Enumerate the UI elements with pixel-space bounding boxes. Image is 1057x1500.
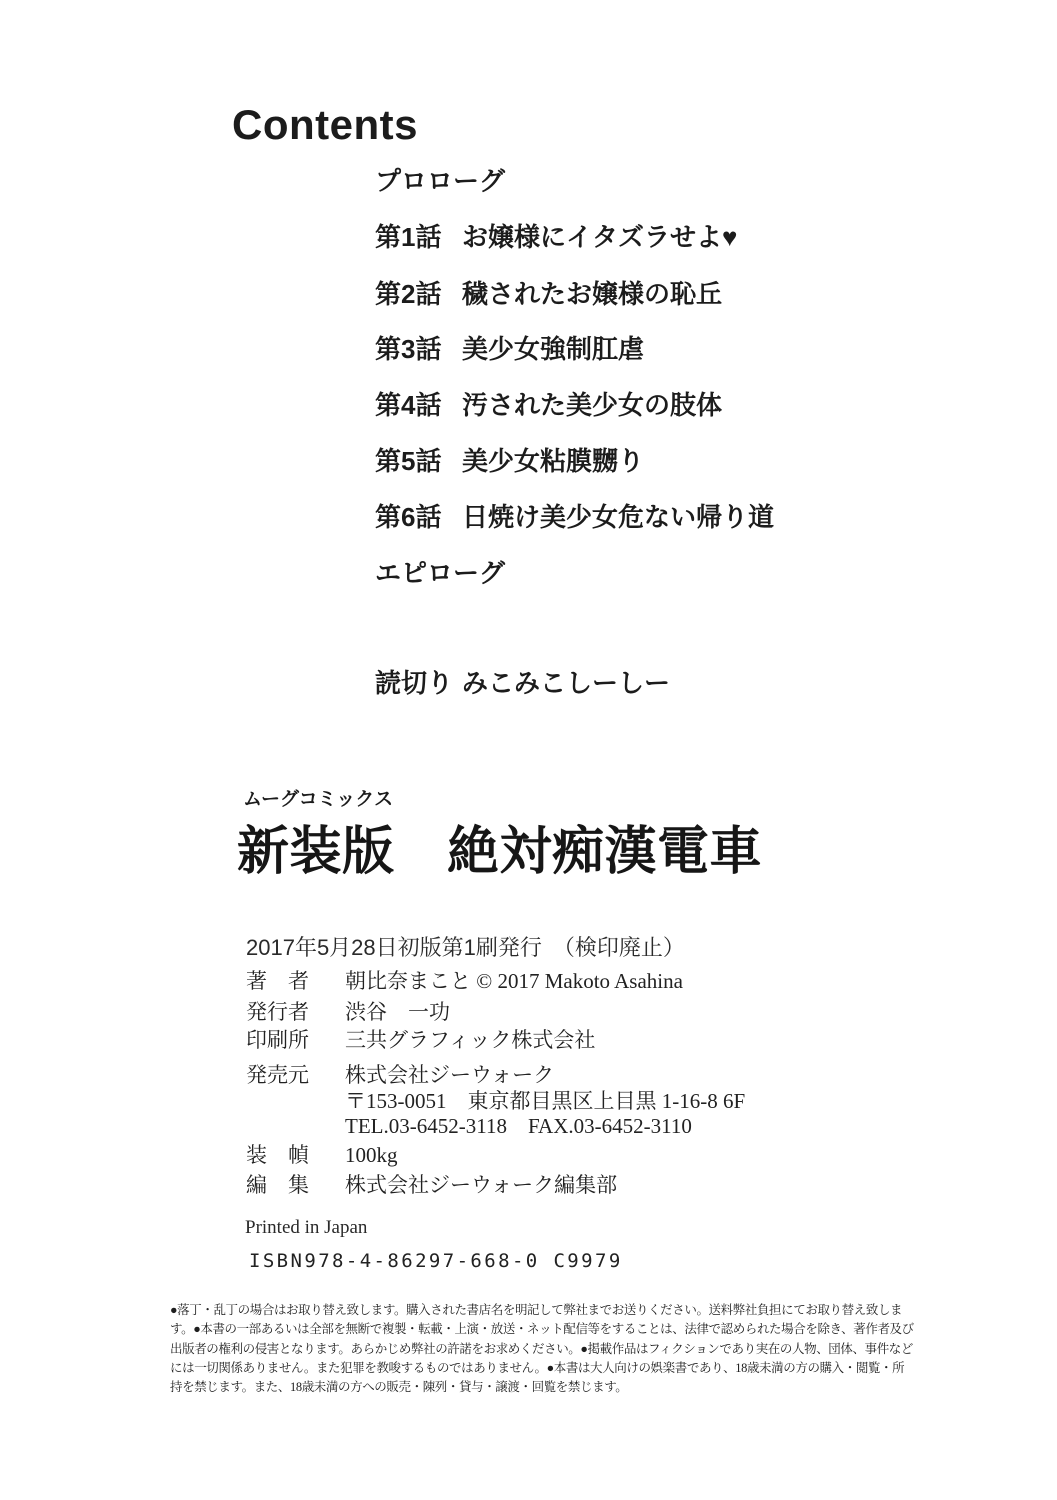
colophon-label: 著 者: [246, 971, 309, 992]
colophon-label: 装 幀: [246, 1145, 309, 1166]
toc-item-title: 美少女強制肛虐: [462, 336, 644, 362]
book-title: 新装版 絶対痴漢電車: [237, 826, 762, 878]
colophon-value: 株式会社ジーウォーク編集部: [345, 1175, 617, 1196]
toc-item-chapter-5: 第5話 美少女粘膜嬲り: [375, 448, 644, 474]
toc-item-title: 美少女粘膜嬲り: [462, 448, 644, 474]
toc-item-title: 穢されたお嬢様の恥丘: [462, 281, 722, 307]
toc-item-chapter-6: 第6話 日焼け美少女危ない帰り道: [375, 504, 774, 530]
toc-item-label: 第5話: [375, 448, 462, 474]
book-colophon-page: Contents プロローグ 第1話 お嬢様にイタズラせよ♥ 第2話 穢されたお…: [0, 0, 1057, 1500]
contents-heading: Contents: [232, 104, 418, 146]
colophon-value: 三共グラフィック株式会社: [345, 1030, 595, 1051]
toc-item-label: 第2話: [375, 281, 462, 307]
toc-item-chapter-4: 第4話 汚された美少女の肢体: [375, 392, 722, 418]
toc-item-title: みこみこしーしー: [462, 670, 670, 696]
legal-line-4: には一切関係ありません。また犯罪を教唆するものではありません。●本書は大人向けの…: [170, 1359, 914, 1378]
isbn-line: ISBN978-4-86297-668-0 C9979: [249, 1252, 623, 1271]
colophon-value: 〒153-0051 東京都目黒区上目黒 1-16-8 6F: [345, 1091, 745, 1112]
toc-item-label: 読切り: [375, 670, 462, 696]
colophon-value: 渋谷 一功: [345, 1002, 450, 1023]
colophon-value: TEL.03-6452-3118 FAX.03-6452-3110: [345, 1116, 692, 1137]
toc-item-title: 日焼け美少女危ない帰り道: [462, 504, 774, 530]
toc-item-label: 第4話: [375, 392, 462, 418]
imprint-label: ムーグコミックス: [243, 790, 393, 809]
colophon-value: 株式会社ジーウォーク: [345, 1065, 554, 1086]
colophon-label: 編 集: [246, 1175, 309, 1196]
printed-in-japan: Printed in Japan: [245, 1218, 367, 1237]
toc-item-chapter-1: 第1話 お嬢様にイタズラせよ♥: [375, 224, 737, 250]
toc-item-title: お嬢様にイタズラせよ♥: [462, 224, 737, 250]
legal-line-1: ●落丁・乱丁の場合はお取り替え致します。購入された書店名を明記して弊社までお送り…: [170, 1301, 914, 1320]
toc-item-label: エピローグ: [375, 560, 505, 586]
colophon-value: 朝比奈まこと © 2017 Makoto Asahina: [345, 971, 683, 992]
colophon-label: 発売元: [246, 1065, 309, 1086]
legal-line-2: す。●本書の一部あるいは全部を無断で複製・転載・上演・放送・ネット配信等をするこ…: [170, 1320, 914, 1339]
legal-line-5: 持を禁じます。また、18歳未満の方への販売・陳列・貸与・譲渡・回覧を禁じます。: [170, 1378, 914, 1397]
edition-line: 2017年5月28日初版第1刷発行 （検印廃止）: [246, 937, 685, 959]
toc-item-oneshot: 読切り みこみこしーしー: [375, 670, 670, 696]
toc-item-label: プロローグ: [375, 168, 505, 194]
toc-item-label: 第1話: [375, 224, 462, 250]
toc-item-prologue: プロローグ: [375, 168, 505, 194]
colophon-label: 印刷所: [246, 1030, 309, 1051]
legal-notice: ●落丁・乱丁の場合はお取り替え致します。購入された書店名を明記して弊社までお送り…: [170, 1301, 914, 1397]
toc-item-label: 第6話: [375, 504, 462, 530]
toc-item-chapter-3: 第3話 美少女強制肛虐: [375, 336, 644, 362]
colophon-label: 発行者: [246, 1002, 309, 1023]
toc-item-label: 第3話: [375, 336, 462, 362]
toc-item-title: 汚された美少女の肢体: [462, 392, 722, 418]
legal-line-3: 出版者の権利の侵害となります。あらかじめ弊社の許諾をお求めください。●掲載作品は…: [170, 1340, 914, 1359]
toc-item-epilogue: エピローグ: [375, 560, 505, 586]
colophon-value: 100kg: [345, 1145, 398, 1166]
toc-item-chapter-2: 第2話 穢されたお嬢様の恥丘: [375, 281, 722, 307]
